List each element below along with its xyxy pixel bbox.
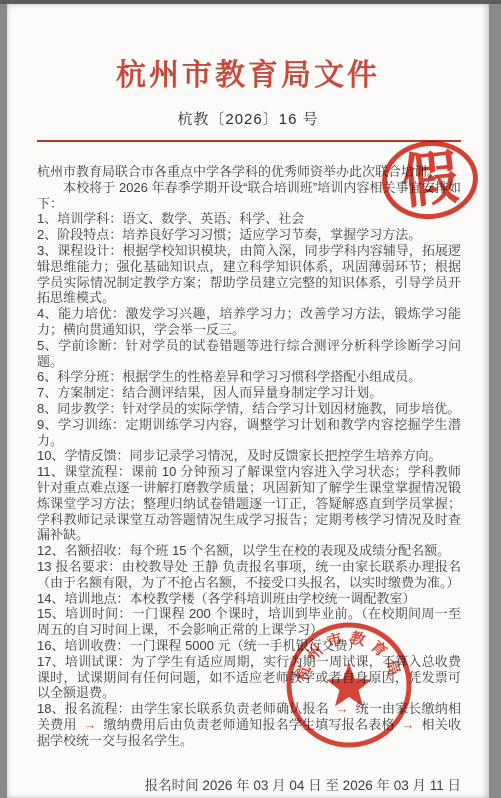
item-7-plan-making: 7、方案制定：结合测评结果，因人而异量身制定学习计划。 — [37, 385, 461, 401]
item-14-location: 14、培训地点：本校教学楼（各学科培训班由学校统一调配教室） — [37, 591, 461, 607]
document-title: 杭州市教育局文件 — [7, 4, 489, 94]
item-9-study-training: 9、学习训练：定期训练学习内容，调整学习计划和教学内容挖掘学生潜力。 — [37, 417, 461, 449]
item-10-feedback: 10、学情反馈：同步记录学习情况，及时反馈家长把控学生培养方向。 — [37, 448, 461, 464]
item-12-quota: 12、名额招收：每个班 15 个名额，以学生在校的表现及成绩分配名额。 — [37, 543, 461, 559]
item-11-class-process: 11、课堂流程：课前 10 分钟预习了解课堂内容进入学习状态；学科教师针对重点难… — [37, 464, 461, 543]
official-seal-graphic: 杭州市教育局 — [284, 620, 414, 750]
item-2-stage-features: 2、阶段特点：培养良好学习习惯；适应学习节奏，掌握学习方法。 — [37, 227, 461, 243]
flow-arrow-icon: → — [84, 717, 97, 732]
photo-background: 杭州市教育局文件 杭教〔2026〕16 号 杭州市教育局联合市各重点中学各学科的… — [0, 0, 501, 798]
header-red-rule — [37, 140, 461, 142]
item-1-subjects: 1、培训学科：语文、数学、英语、科学、社会 — [37, 211, 461, 227]
item-8-sync-teaching: 8、同步教学：针对学员的实际学情，结合学习计划因材施教，同步培优。 — [37, 401, 461, 417]
item-6-class-grouping: 6、科学分班：根据学生的性格差异和学习习惯科学搭配小组成员。 — [37, 369, 461, 385]
seal-star-icon — [326, 663, 372, 706]
item-5-pre-diagnosis: 5、学前诊断：针对学员的试卷错题等进行综合测评分析科学诊断学习问题。 — [37, 338, 461, 370]
item-3-course-design: 3、课程设计：根据学校知识模块，由简入深，同步学科内容辅导，拓展逻辑思维能力；强… — [37, 243, 461, 306]
fake-stamp-character: 假 — [399, 148, 461, 212]
document-number: 杭教〔2026〕16 号 — [7, 108, 489, 129]
signup-period: 报名时间 2026 年 03 月 04 日 至 2026 年 03 月 11 日 — [7, 774, 489, 794]
document-page: 杭州市教育局文件 杭教〔2026〕16 号 杭州市教育局联合市各重点中学各学科的… — [7, 4, 489, 798]
official-seal-stamp: 杭州市教育局 — [284, 620, 414, 750]
item-13-signup-requirements: 13 报名要求：由校教导处 王静 负责报名事项，统一由家长联系办理报名（由于名额… — [37, 559, 461, 591]
item-4-ability-training: 4、能力培优：激发学习兴趣，培养学习力；改善学习方法，锻炼学习能力；横向贯通知识… — [37, 306, 461, 338]
